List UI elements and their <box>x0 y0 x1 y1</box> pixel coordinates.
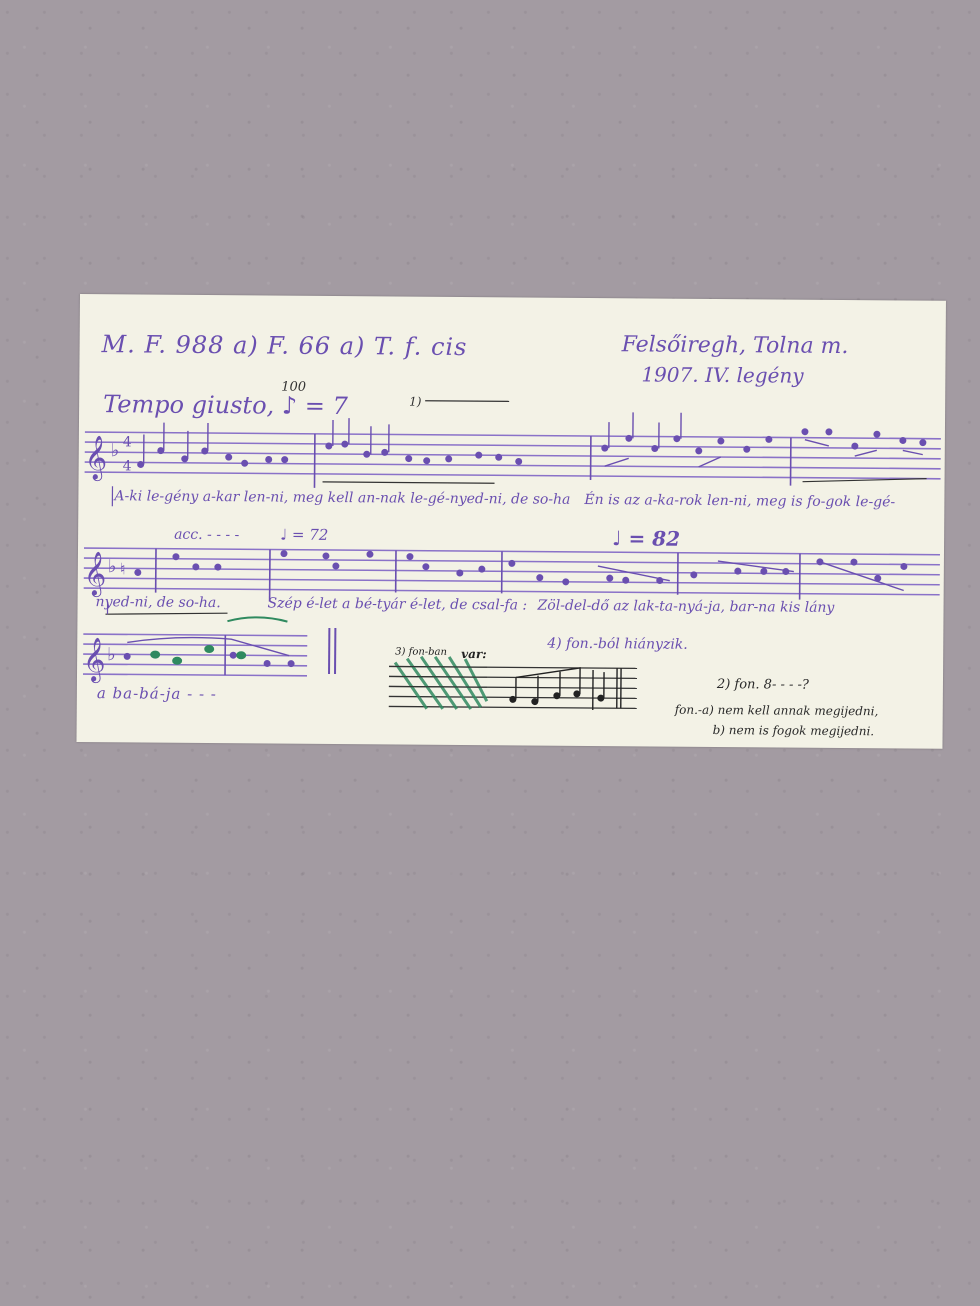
footnote-4: 4) fon.-ból hiányzik. <box>547 636 688 653</box>
lyrics-line-2c: Zöl-del-dő az lak-ta-nyá-ja, bar-na kis … <box>538 598 835 616</box>
lyrics-line-3: a ba-bá-ja - - - <box>97 684 217 703</box>
metronome-82: ♩ = 82 <box>612 526 680 551</box>
footnote-a: fon.-a) nem kell annak megijedni, <box>675 703 879 719</box>
svg-text:♮: ♮ <box>120 559 126 578</box>
footnote-marker-1: 1) <box>409 395 421 409</box>
svg-text:♭: ♭ <box>108 556 117 577</box>
svg-text:4: 4 <box>123 458 132 474</box>
lyrics-line-1b: Én is az a-ka-rok len-ni, meg is fo-gok … <box>584 492 895 510</box>
metronome-72: ♩ = 72 <box>280 526 328 544</box>
tempo-marking: Tempo giusto, ♪ = 7 <box>103 390 348 420</box>
accelerando-marking: acc. - - - - <box>174 527 239 544</box>
tempo-correction: 100 <box>281 380 306 395</box>
footnote-b: b) nem is fogok megijedni. <box>713 723 875 738</box>
svg-text:𝄞: 𝄞 <box>85 435 108 481</box>
catalog-number: M. F. 988 a) F. 66 a) T. f. cis <box>101 330 467 361</box>
collection-date: 1907. IV. legény <box>641 362 803 387</box>
svg-text:𝄞: 𝄞 <box>83 637 106 683</box>
lyrics-line-2a: nyed-ni, de so-ha. <box>96 594 221 611</box>
manuscript-card: 𝄞 ♭ 4 4 𝄞 ♭ ♮ 𝄞 ♭ <box>76 294 945 749</box>
variant-label: var: <box>461 647 487 661</box>
crossed-variant-label: 3) fon-ban <box>395 646 447 657</box>
lyrics-line-2b: Szép é-let a bé-tyár é-let, de csal-fa : <box>268 595 528 613</box>
footnote-2: 2) fon. 8- - - -? <box>717 677 809 693</box>
svg-text:𝄞: 𝄞 <box>84 551 107 597</box>
svg-text:4: 4 <box>123 434 132 450</box>
collection-place: Felsőiregh, Tolna m. <box>622 332 849 359</box>
music-notation: 𝄞 ♭ 4 4 𝄞 ♭ ♮ 𝄞 ♭ <box>76 294 945 749</box>
svg-text:♭: ♭ <box>111 440 120 461</box>
svg-text:♭: ♭ <box>107 644 116 665</box>
